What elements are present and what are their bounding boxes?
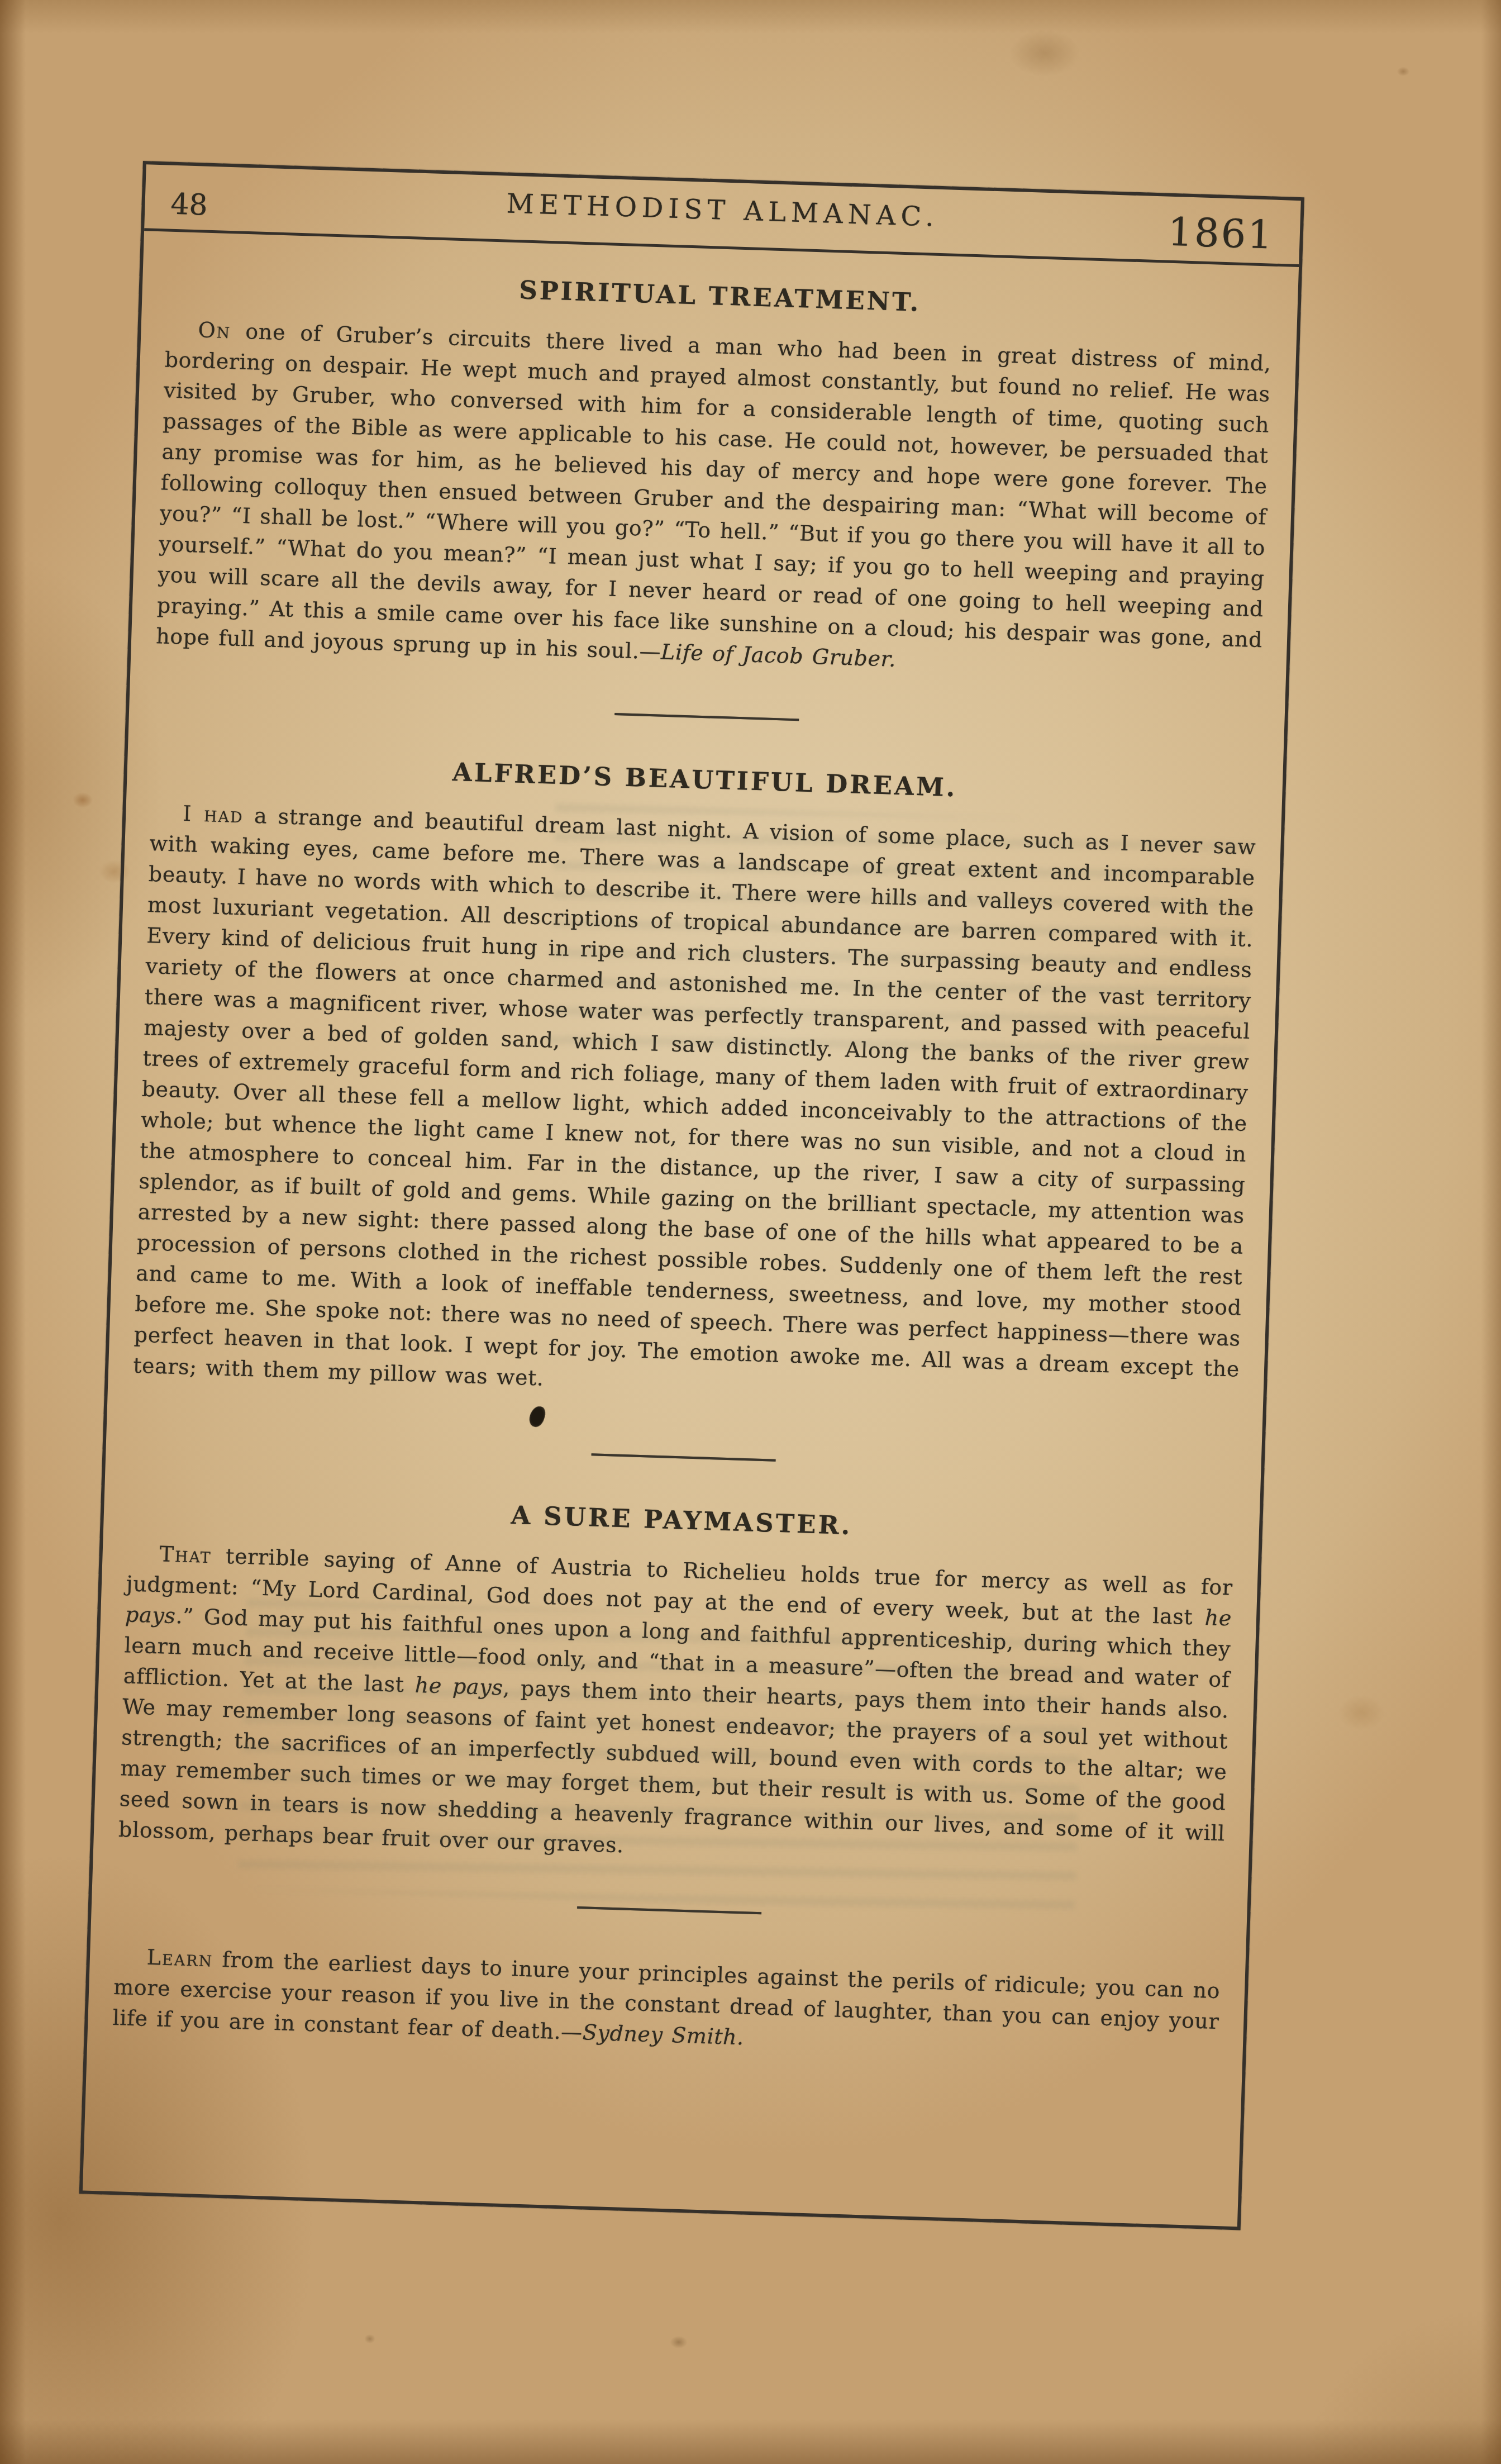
article-a-sure-paymaster: A SURE PAYMASTER. That terrible saying o… xyxy=(118,1488,1235,1880)
page-number: 48 xyxy=(170,188,208,222)
closing-body: Learn from the earliest days to inure yo… xyxy=(112,1941,1221,2068)
body-run: a strange and beautiful dream last night… xyxy=(133,803,1256,1390)
article-body: On one of Gruber’s circuits there lived … xyxy=(155,313,1271,686)
page-frame: 48 METHODIST ALMANAC. 1861 SPIRITUAL TRE… xyxy=(79,161,1304,2230)
attribution: Life of Jacob Gruber. xyxy=(661,640,897,672)
article-body: That terrible saying of Anne of Austria … xyxy=(118,1538,1233,1880)
page-sheet: 48 METHODIST ALMANAC. 1861 SPIRITUAL TRE… xyxy=(79,161,1304,2230)
year: 1861 xyxy=(1167,209,1275,258)
section-divider xyxy=(592,1453,776,1461)
article-body: I had a strange and beautiful dream last… xyxy=(132,797,1256,1416)
section-divider xyxy=(614,713,799,721)
lead-word: I had xyxy=(183,801,244,827)
lead-word: That xyxy=(159,1542,212,1568)
body-run: , pays them into their hearts, pays them… xyxy=(118,1676,1229,1858)
almanac-title: METHODIST ALMANAC. xyxy=(506,188,940,232)
article-alfreds-beautiful-dream: ALFRED’S BEAUTIFUL DREAM. I had a strang… xyxy=(132,748,1259,1449)
lead-word: On xyxy=(198,317,231,343)
section-divider xyxy=(577,1906,761,1914)
body-run: one of Gruber’s circuits there lived a m… xyxy=(156,318,1272,664)
closing-aphorism: Learn from the earliest days to inure yo… xyxy=(112,1941,1221,2068)
ink-blot xyxy=(527,1404,547,1429)
italic-phrase: he pays xyxy=(414,1673,503,1700)
scanned-page: { "theme": { "paper_color": "#d9c096", "… xyxy=(0,0,1501,2464)
lead-word: Learn xyxy=(146,1945,213,1972)
article-spiritual-treatment: SPIRITUAL TREATMENT. On one of Gruber’s … xyxy=(155,264,1273,686)
page-header: 48 METHODIST ALMANAC. 1861 xyxy=(144,164,1301,267)
attribution: Sydney Smith. xyxy=(582,2020,744,2049)
